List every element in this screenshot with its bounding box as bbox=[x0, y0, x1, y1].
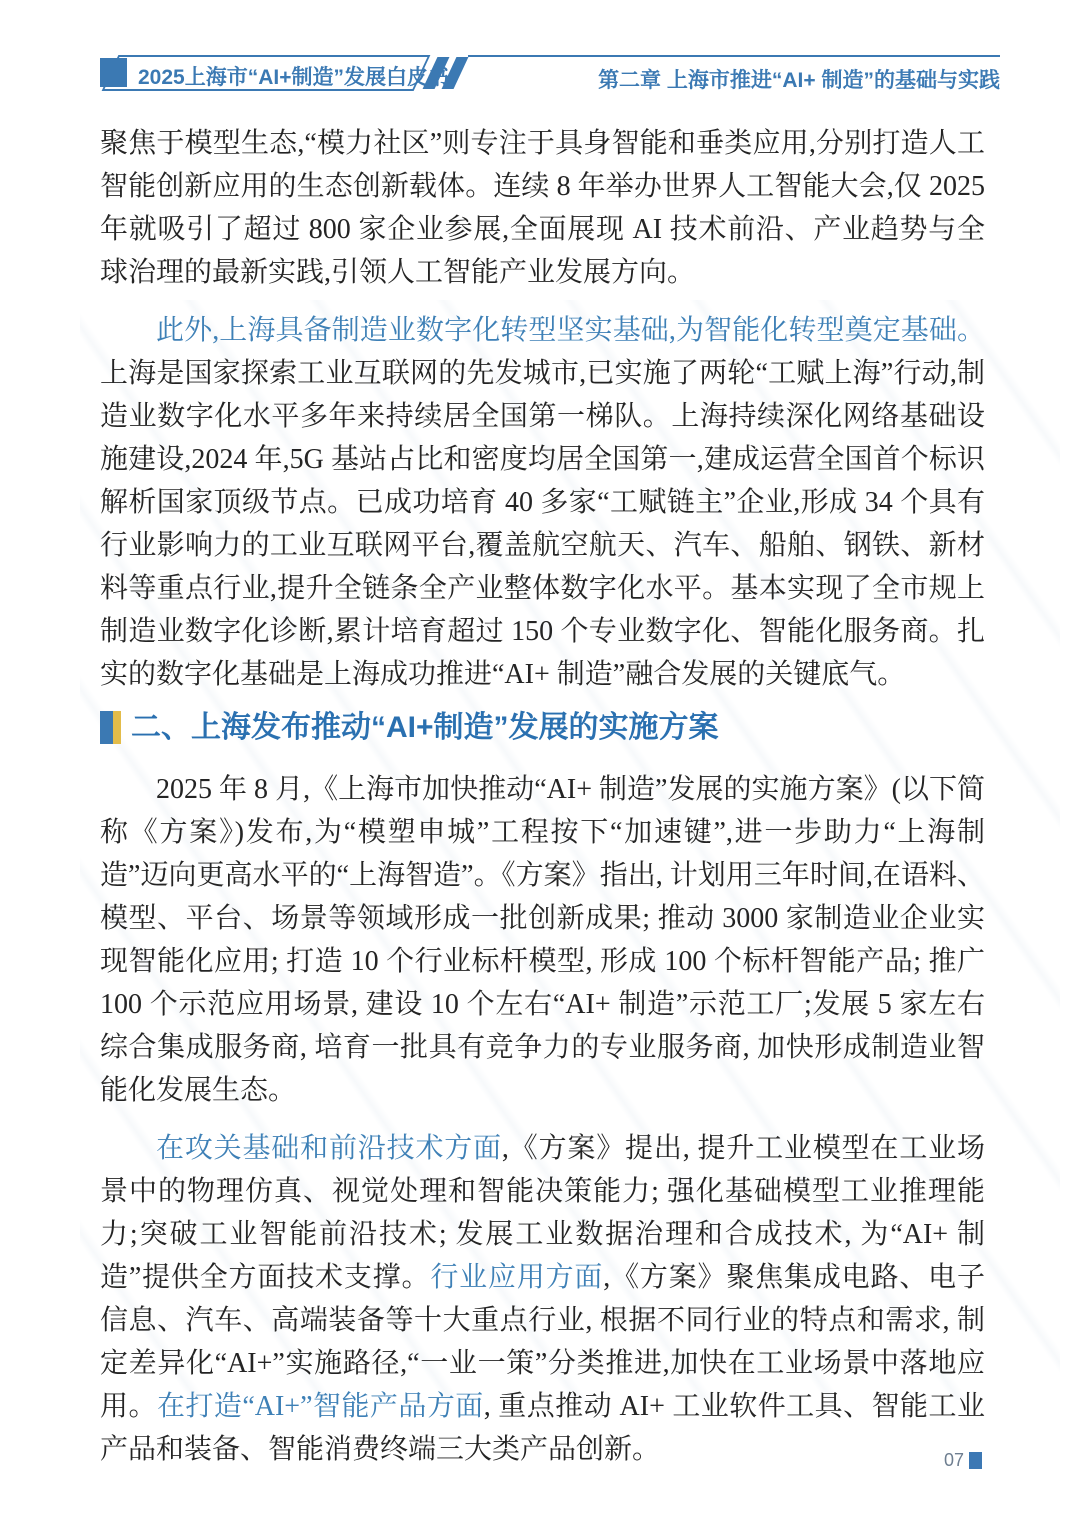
page-header: 2025上海市“AI+制造”发展白皮书 第二章 上海市推进“AI+ 制造”的基础… bbox=[100, 54, 1000, 100]
footer-square-mark bbox=[969, 1452, 982, 1469]
chapter-title: 第二章 上海市推进“AI+ 制造”的基础与实践 bbox=[598, 64, 1000, 94]
emphasis-text: 在攻关基础和前沿技术方面 bbox=[156, 1133, 502, 1164]
paragraph-3: 2025 年 8 月,《上海市加快推动“AI+ 制造”发展的实施方案》(以下简称… bbox=[100, 768, 985, 1112]
document-title: 2025上海市“AI+制造”发展白皮书 bbox=[138, 61, 449, 91]
paragraph-2: 此外,上海具备制造业数字化转型坚实基础,为智能化转型奠定基础。上海是国家探索工业… bbox=[100, 309, 985, 696]
paragraph-1: 聚焦于模型生态,“模力社区”则专注于具身智能和垂类应用,分别打造人工智能创新应用… bbox=[100, 122, 985, 294]
section-heading-text: 二、上海发布推动“AI+制造”发展的实施方案 bbox=[131, 711, 719, 744]
document-page: 2025上海市“AI+制造”发展白皮书 第二章 上海市推进“AI+ 制造”的基础… bbox=[0, 0, 1080, 1527]
marker-yellow-bar bbox=[113, 711, 121, 744]
emphasis-lead-text: 此外,上海具备制造业数字化转型坚实基础,为智能化转型奠定基础。 bbox=[156, 315, 985, 346]
section-heading-marker bbox=[100, 711, 121, 744]
page-footer: 07 bbox=[944, 1450, 982, 1471]
page-number: 07 bbox=[944, 1450, 964, 1471]
marker-blue-bar bbox=[100, 711, 113, 744]
section-heading: 二、上海发布推动“AI+制造”发展的实施方案 bbox=[100, 711, 985, 744]
header-rule-line bbox=[468, 55, 1000, 57]
paragraph-4: 在攻关基础和前沿技术方面,《方案》提出, 提升工业模型在工业场景中的物理仿真、视… bbox=[100, 1127, 985, 1471]
body-text: 上海是国家探索工业互联网的先发城市,已实施了两轮“工赋上海”行动,制造业数字化水… bbox=[100, 358, 985, 690]
page-content: 聚焦于模型生态,“模力社区”则专注于具身智能和垂类应用,分别打造人工智能创新应用… bbox=[100, 122, 985, 1486]
header-square-mark bbox=[100, 58, 127, 87]
emphasis-text: 行业应用方面 bbox=[430, 1262, 603, 1293]
emphasis-text: 在打造“AI+”智能产品方面 bbox=[157, 1391, 484, 1422]
